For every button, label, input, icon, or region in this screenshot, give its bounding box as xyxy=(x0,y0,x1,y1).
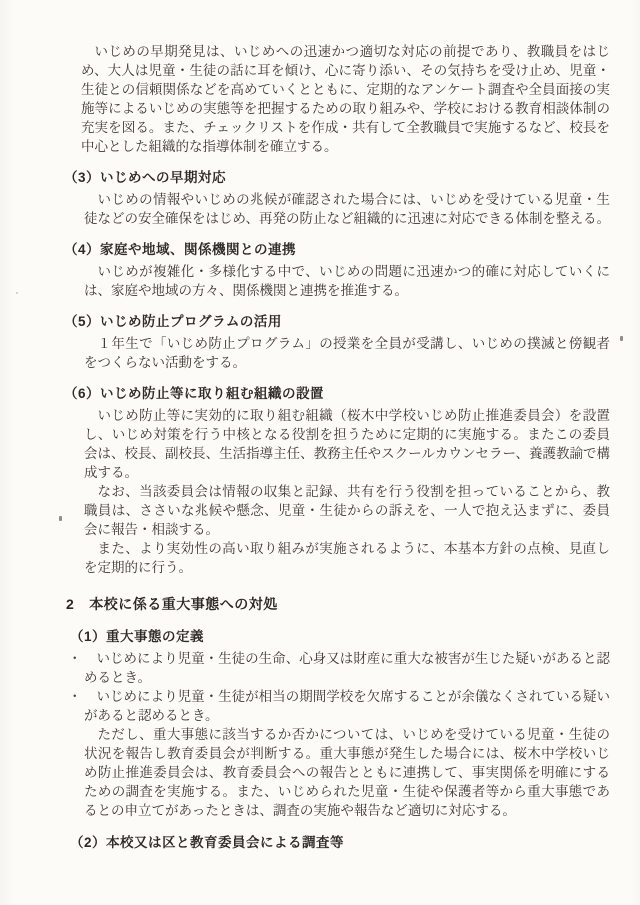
section-4-label: （4） xyxy=(64,242,100,257)
chapter-2-section-1-heading: （1）重大事態の定義 xyxy=(70,627,610,646)
section-6-paragraph-3: また、より実効性の高い取り組みが実施されるように、本基本方針の点検、見直しを定期… xyxy=(84,539,610,577)
section-6-paragraph-2: なお、当該委員会は情報の収集と記録、共有を行う役割を担っていることから、教職員は… xyxy=(84,482,610,539)
section-4-body: いじめが複雑化・多様化する中で、いじめの問題に迅速かつ的確に対応していくには、家… xyxy=(64,262,610,300)
section-3-label: （3） xyxy=(64,170,100,185)
section-6-label: （6） xyxy=(64,386,100,401)
chapter-2-section-2: （2）本校又は区と教育委員会による調査等 xyxy=(64,833,610,852)
section-6-heading: （6）いじめ防止等に取り組む組織の設置 xyxy=(64,384,610,403)
section-3-title: いじめへの早期対応 xyxy=(100,170,226,185)
chapter-2-section-2-title: 本校又は区と教育委員会による調査等 xyxy=(106,835,344,850)
section-5-body: １年生で「いじめ防止プログラム」の授業を全員が受講し、いじめの撲滅と傍観者をつく… xyxy=(64,334,610,372)
chapter-2-section-2-label: （2） xyxy=(70,835,106,850)
chapter-2-heading: 2本校に係る重大事態への対処 xyxy=(66,595,610,614)
chapter-2-number: 2 xyxy=(66,595,74,614)
chapter-2-section-1-title: 重大事態の定義 xyxy=(106,629,204,644)
section-6: （6）いじめ防止等に取り組む組織の設置 いじめ防止等に実効的に取り組む組織（桜木… xyxy=(64,384,610,577)
bullet-dot-icon: ・ xyxy=(68,651,82,666)
chapter-2-section-2-heading: （2）本校又は区と教育委員会による調査等 xyxy=(70,833,610,852)
section-3-body: いじめの情報やいじめの兆候が確認された場合には、いじめを受けている児童・生徒など… xyxy=(64,190,610,228)
chapter-2-section-1-label: （1） xyxy=(70,629,106,644)
section-6-paragraph-1: いじめ防止等に実効的に取り組む組織（桜木中学校いじめ防止推進委員会）を設置し、い… xyxy=(84,406,610,482)
chapter-2-section-1-body: ・いじめにより児童・生徒の生命、心身又は財産に重大な被害が生じた疑いがあると認め… xyxy=(64,649,610,820)
chapter-2-title: 本校に係る重大事態への対処 xyxy=(89,595,278,614)
bullet-item: ・いじめにより児童・生徒の生命、心身又は財産に重大な被害が生じた疑いがあると認め… xyxy=(84,649,610,687)
section-5: （5）いじめ防止プログラムの活用 １年生で「いじめ防止プログラム」の授業を全員が… xyxy=(64,312,610,372)
section-5-paragraph: １年生で「いじめ防止プログラム」の授業を全員が受講し、いじめの撲滅と傍観者をつく… xyxy=(84,334,610,372)
section-5-heading: （5）いじめ防止プログラムの活用 xyxy=(64,312,610,331)
section-3-paragraph: いじめの情報やいじめの兆候が確認された場合には、いじめを受けている児童・生徒など… xyxy=(84,190,610,228)
section-4-title: 家庭や地域、関係機関との連携 xyxy=(100,242,296,257)
section-4-heading: （4）家庭や地域、関係機関との連携 xyxy=(64,240,610,259)
intro-paragraph: いじめの早期発見は、いじめへの迅速かつ適切な対応の前提であり、教職員をはじめ、大… xyxy=(81,42,610,156)
section-5-label: （5） xyxy=(64,314,100,329)
section-5-title: いじめ防止プログラムの活用 xyxy=(100,314,282,329)
document-content: いじめの早期発見は、いじめへの迅速かつ適切な対応の前提であり、教職員をはじめ、大… xyxy=(0,0,640,852)
section-6-title: いじめ防止等に取り組む組織の設置 xyxy=(100,386,324,401)
chapter-2-section-1: （1）重大事態の定義 ・いじめにより児童・生徒の生命、心身又は財産に重大な被害が… xyxy=(64,627,610,820)
section-4-paragraph: いじめが複雑化・多様化する中で、いじめの問題に迅速かつ的確に対応していくには、家… xyxy=(84,262,610,300)
section-4: （4）家庭や地域、関係機関との連携 いじめが複雑化・多様化する中で、いじめの問題… xyxy=(64,240,610,300)
bullet-dot-icon: ・ xyxy=(68,689,82,704)
chapter-2-section-1-paragraph: ただし、重大事態に該当するか否かについては、いじめを受けている児童・生徒の状況を… xyxy=(84,725,610,820)
bullet-item-text: いじめにより児童・生徒の生命、心身又は財産に重大な被害が生じた疑いがあると認める… xyxy=(84,651,610,685)
section-6-body: いじめ防止等に実効的に取り組む組織（桜木中学校いじめ防止推進委員会）を設置し、い… xyxy=(64,406,610,577)
section-3: （3）いじめへの早期対応 いじめの情報やいじめの兆候が確認された場合には、いじめ… xyxy=(64,168,610,228)
bullet-item: ・いじめにより児童・生徒が相当の期間学校を欠席することが余儀なくされている疑いが… xyxy=(84,687,610,725)
section-3-heading: （3）いじめへの早期対応 xyxy=(64,168,610,187)
bullet-item-text: いじめにより児童・生徒が相当の期間学校を欠席することが余儀なくされている疑いがあ… xyxy=(84,689,610,723)
scanned-document-page: いじめの早期発見は、いじめへの迅速かつ適切な対応の前提であり、教職員をはじめ、大… xyxy=(0,0,640,905)
